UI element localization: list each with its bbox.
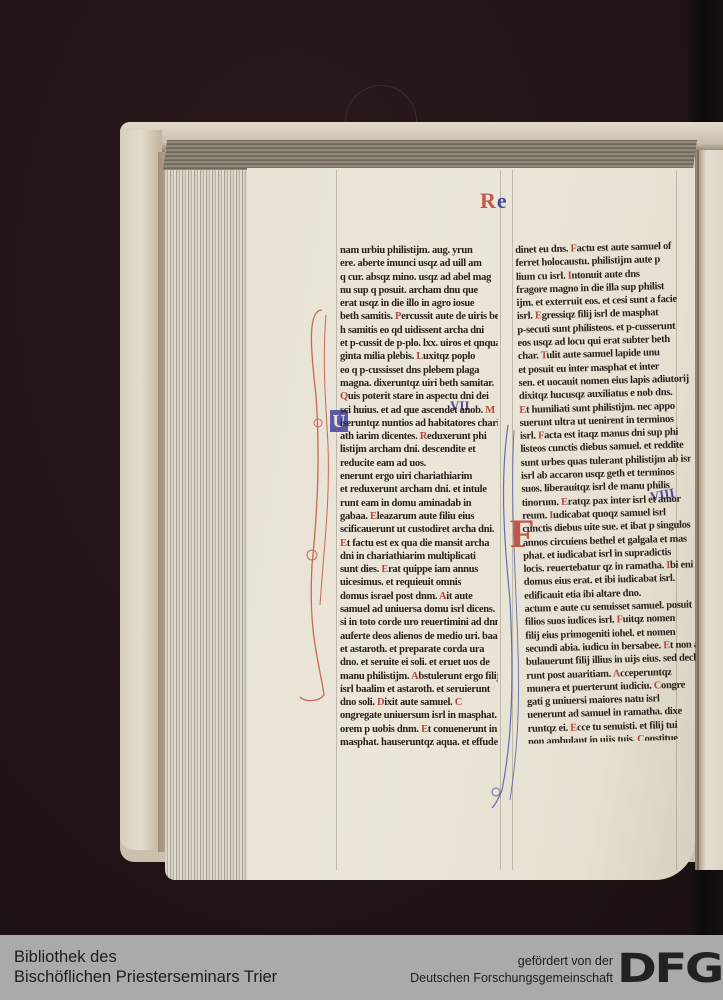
- text-line: magna. dixeruntqz uiri beth samitar.: [340, 377, 498, 390]
- library-line-1: Bibliothek des: [14, 947, 277, 967]
- text-line: listijm archam dni. descendite et: [340, 443, 498, 456]
- running-head-blue-letter: e: [497, 188, 508, 213]
- text-line: erat usqz in die illo in agro iosue: [340, 297, 498, 310]
- manuscript-photo: Re VII VIII U F nam urbiu philistijm. au…: [0, 0, 723, 935]
- running-head-red-letter: R: [480, 188, 497, 213]
- text-line: et reduxerunt archam dni. et intule: [340, 483, 498, 496]
- text-line: runt eam in domu aminadab in: [340, 497, 498, 510]
- text-line: h samitis eo qd uidissent archa dni: [340, 324, 498, 337]
- text-line: orem p uobis dnm. Et conuenerunt in: [340, 723, 498, 736]
- text-column-left: nam urbiu philistijm. aug. yrunere. aber…: [340, 244, 498, 750]
- red-penwork-flourish-icon: [290, 305, 340, 705]
- text-line: et astaroth. et preparate corda ura: [340, 643, 498, 656]
- text-line: isrl baalim et astaroth. et seruierunt: [340, 683, 498, 696]
- library-credit: Bibliothek des Bischöflichen Priestersem…: [14, 947, 277, 987]
- text-column-right: dinet eu dns. Factu est aute samuel offe…: [515, 240, 698, 744]
- text-line: reducite eam ad uos.: [340, 457, 498, 470]
- text-line: si in toto corde uro reuertimini ad dnm.: [340, 616, 498, 629]
- text-line: eo q p-cussisset dns plebem plaga: [340, 364, 498, 377]
- text-line: q cur. absqz mino. usqz ad abel mag: [340, 271, 498, 284]
- text-line: ere. aberte imunci usqz ad uill am: [340, 257, 498, 270]
- page-stack-top: [163, 140, 697, 170]
- text-line: dno. et seruite ei soli. et eruet uos de: [340, 656, 498, 669]
- footer-bar: Bibliothek des Bischöflichen Priestersem…: [0, 935, 723, 1000]
- text-line: Et factu est ex qua die mansit archa: [340, 537, 498, 550]
- text-line: ath iarim dicentes. Reduxerunt phi: [340, 430, 498, 443]
- text-line: scificauerunt ut custodiret archa dni.: [340, 523, 498, 536]
- cover-emboss: [345, 85, 417, 126]
- running-head: Re: [480, 188, 508, 214]
- text-line: sci huius. et ad que ascendet anob. M: [340, 404, 498, 417]
- text-line: domus israel post dnm. Ait aute: [340, 590, 498, 603]
- text-line: masphat. hauseruntqz aqua. et effuderunt: [340, 736, 498, 749]
- text-line: Quis poterit stare in aspectu dni dei: [340, 390, 498, 403]
- text-line: iseruntqz nuntios ad habitatores chari: [340, 417, 498, 430]
- page-stack-edge: [165, 150, 250, 880]
- text-line: sunt dies. Erat quippe iam annus: [340, 563, 498, 576]
- text-line: auferte deos alienos de medio uri. baali…: [340, 630, 498, 643]
- text-line: nu sup q posuit. archam dnu que: [340, 284, 498, 297]
- text-line: runt in conspectu dni. et ieiunaue: [340, 749, 498, 750]
- text-line: beth samitis. Percussit aute de uiris be…: [340, 310, 498, 323]
- text-line: ginta milia plebis. Luxitqz poplo: [340, 350, 498, 363]
- text-line: et p-cussit de p-plo. lxx. uiros et qnqu…: [340, 337, 498, 350]
- text-line: ongregate uniuersum isrl in masphat. ut: [340, 709, 498, 722]
- text-line: dno soli. Dixit aute samuel. C: [340, 696, 498, 709]
- binding-gutter: [695, 150, 723, 870]
- text-line: manu philistijm. Abstulerunt ergo filij: [340, 670, 498, 683]
- text-line: uicesimus. et requieuit omnis: [340, 576, 498, 589]
- funding-line-1: gefördert von der: [410, 953, 613, 970]
- text-line: nam urbiu philistijm. aug. yrun: [340, 244, 498, 257]
- library-line-2: Bischöflichen Priesterseminars Trier: [14, 967, 277, 987]
- gutter-fold-line: [697, 150, 699, 870]
- text-line: enerunt ergo uiri chariathiarim: [340, 470, 498, 483]
- text-line: samuel ad uniuersa domu isrl dicens.: [340, 603, 498, 616]
- text-line: dni in chariathiarim multiplicati: [340, 550, 498, 563]
- dfg-logo: DFG: [617, 949, 722, 989]
- funding-line-2: Deutschen Forschungsgemeinschaft: [410, 970, 613, 987]
- cover-left-edge: [120, 130, 162, 850]
- funding-credit: gefördert von der Deutschen Forschungsge…: [410, 953, 613, 987]
- text-line: gabaa. Eleazarum aute filiu eius: [340, 510, 498, 523]
